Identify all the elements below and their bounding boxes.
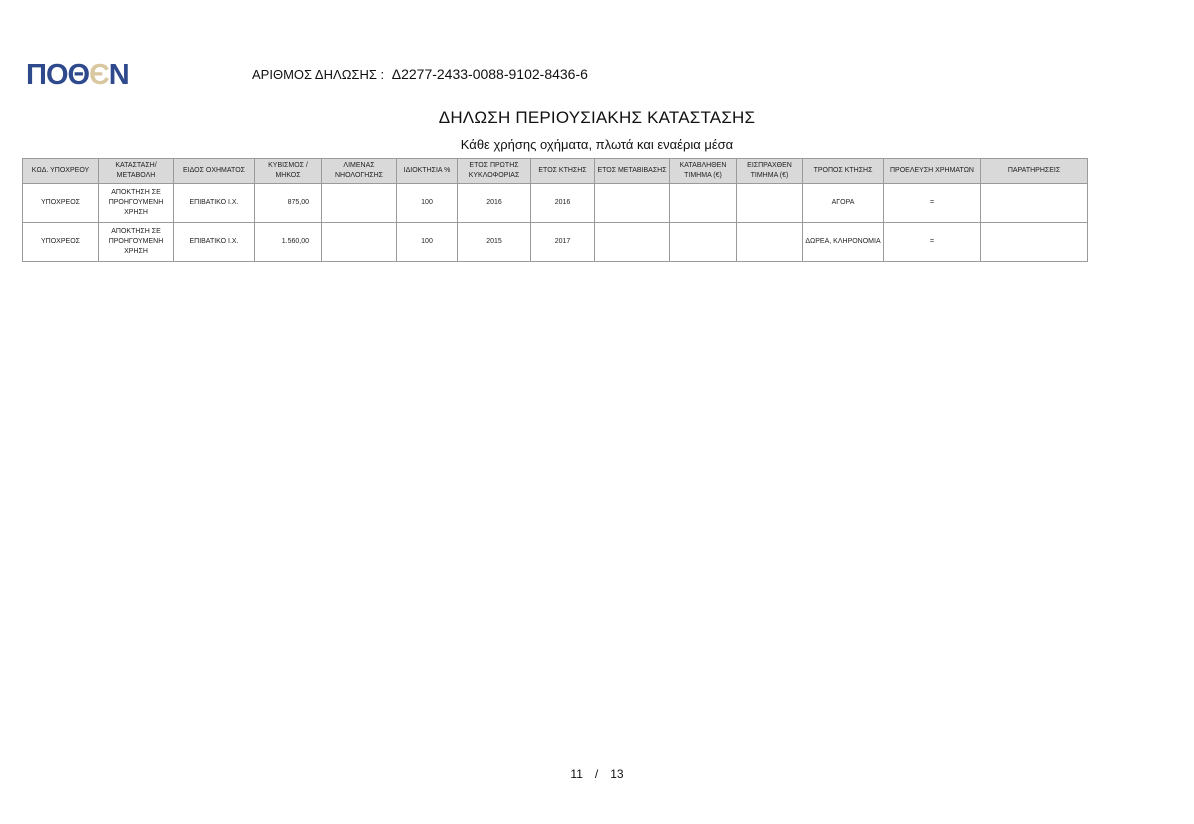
table-cell: ΕΠΙΒΑΤΙΚΟ Ι.Χ. — [174, 184, 255, 223]
table-cell: 100 — [397, 184, 458, 223]
table-cell: = — [884, 184, 981, 223]
table-cell — [595, 223, 670, 262]
column-header: ΚΩΔ. ΥΠΟΧΡΕΟΥ — [23, 159, 99, 184]
table-cell: ΑΠΟΚΤΗΣΗ ΣΕ ΠΡΟΗΓΟΥΜΕΝΗ ΧΡΗΣΗ — [99, 184, 174, 223]
section-subtitle: Κάθε χρήσης οχήματα, πλωτά και εναέρια μ… — [0, 137, 1194, 152]
column-header: ΙΔΙΟΚΤΗΣΙΑ % — [397, 159, 458, 184]
logo-text-part3: Ν — [109, 59, 129, 91]
table-cell: 1.560,00 — [255, 223, 322, 262]
table-row: ΥΠΟΧΡΕΟΣ ΑΠΟΚΤΗΣΗ ΣΕ ΠΡΟΗΓΟΥΜΕΝΗ ΧΡΗΣΗ Ε… — [23, 223, 1088, 262]
column-header: ΕΙΣΠΡΑΧΘΕΝ ΤΙΜΗΜΑ (€) — [737, 159, 803, 184]
declaration-number-line: ΑΡΙΘΜΟΣ ΔΗΛΩΣΗΣ : Δ2277-2433-0088-9102-8… — [252, 66, 588, 82]
table-cell: 2016 — [531, 184, 595, 223]
table-cell — [322, 223, 397, 262]
page-title: ΔΗΛΩΣΗ ΠΕΡΙΟΥΣΙΑΚΗΣ ΚΑΤΑΣΤΑΣΗΣ — [0, 108, 1194, 128]
logo: ΠΟΘЄΝ — [26, 59, 129, 91]
column-header: ΠΑΡΑΤΗΡΗΣΕΙΣ — [981, 159, 1088, 184]
table-cell — [981, 223, 1088, 262]
column-header: ΕΙΔΟΣ ΟΧΗΜΑΤΟΣ — [174, 159, 255, 184]
page-indicator: 11/13 — [0, 767, 1194, 781]
table-cell: ΕΠΙΒΑΤΙΚΟ Ι.Χ. — [174, 223, 255, 262]
column-header: ΕΤΟΣ ΠΡΩΤΗΣ ΚΥΚΛΟΦΟΡΙΑΣ — [458, 159, 531, 184]
logo-text-part1: ΠΟΘ — [26, 59, 89, 91]
column-header: ΛΙΜΕΝΑΣ ΝΗΟΛΟΓΗΣΗΣ — [322, 159, 397, 184]
table-cell: 2016 — [458, 184, 531, 223]
table-cell: = — [884, 223, 981, 262]
total-pages: 13 — [610, 767, 623, 781]
column-header: ΚΑΤΑΒΛΗΘΕΝ ΤΙΜΗΜΑ (€) — [670, 159, 737, 184]
column-header: ΠΡΟΕΛΕΥΣΗ ΧΡΗΜΑΤΩΝ — [884, 159, 981, 184]
table-cell: 875,00 — [255, 184, 322, 223]
table-cell — [670, 223, 737, 262]
table-cell — [981, 184, 1088, 223]
table-cell: ΔΩΡΕΑ, ΚΛΗΡΟΝΟΜΙΑ — [803, 223, 884, 262]
table-cell: ΑΓΟΡΑ — [803, 184, 884, 223]
declaration-label: ΑΡΙΘΜΟΣ ΔΗΛΩΣΗΣ : — [252, 67, 384, 82]
table-cell: ΑΠΟΚΤΗΣΗ ΣΕ ΠΡΟΗΓΟΥΜΕΝΗ ΧΡΗΣΗ — [99, 223, 174, 262]
table-cell — [737, 223, 803, 262]
table-cell: ΥΠΟΧΡΕΟΣ — [23, 184, 99, 223]
column-header: ΕΤΟΣ ΜΕΤΑΒΙΒΑΣΗΣ — [595, 159, 670, 184]
vehicles-table: ΚΩΔ. ΥΠΟΧΡΕΟΥ ΚΑΤΑΣΤΑΣΗ/ ΜΕΤΑΒΟΛΗ ΕΙΔΟΣ … — [22, 158, 1088, 262]
logo-text-part2: Є — [89, 59, 109, 91]
table-cell: 2017 — [531, 223, 595, 262]
table-header-row: ΚΩΔ. ΥΠΟΧΡΕΟΥ ΚΑΤΑΣΤΑΣΗ/ ΜΕΤΑΒΟΛΗ ΕΙΔΟΣ … — [23, 159, 1088, 184]
table-cell — [322, 184, 397, 223]
declaration-number: Δ2277-2433-0088-9102-8436-6 — [392, 66, 588, 82]
table-cell — [670, 184, 737, 223]
column-header: ΚΥΒΙΣΜΟΣ / ΜΗΚΟΣ — [255, 159, 322, 184]
current-page: 11 — [570, 767, 582, 781]
page-separator: / — [595, 767, 598, 781]
column-header: ΚΑΤΑΣΤΑΣΗ/ ΜΕΤΑΒΟΛΗ — [99, 159, 174, 184]
table-cell: 2015 — [458, 223, 531, 262]
table-cell — [595, 184, 670, 223]
column-header: ΤΡΟΠΟΣ ΚΤΗΣΗΣ — [803, 159, 884, 184]
table-cell — [737, 184, 803, 223]
table-row: ΥΠΟΧΡΕΟΣ ΑΠΟΚΤΗΣΗ ΣΕ ΠΡΟΗΓΟΥΜΕΝΗ ΧΡΗΣΗ Ε… — [23, 184, 1088, 223]
table-cell: 100 — [397, 223, 458, 262]
table-cell: ΥΠΟΧΡΕΟΣ — [23, 223, 99, 262]
column-header: ΕΤΟΣ ΚΤΗΣΗΣ — [531, 159, 595, 184]
